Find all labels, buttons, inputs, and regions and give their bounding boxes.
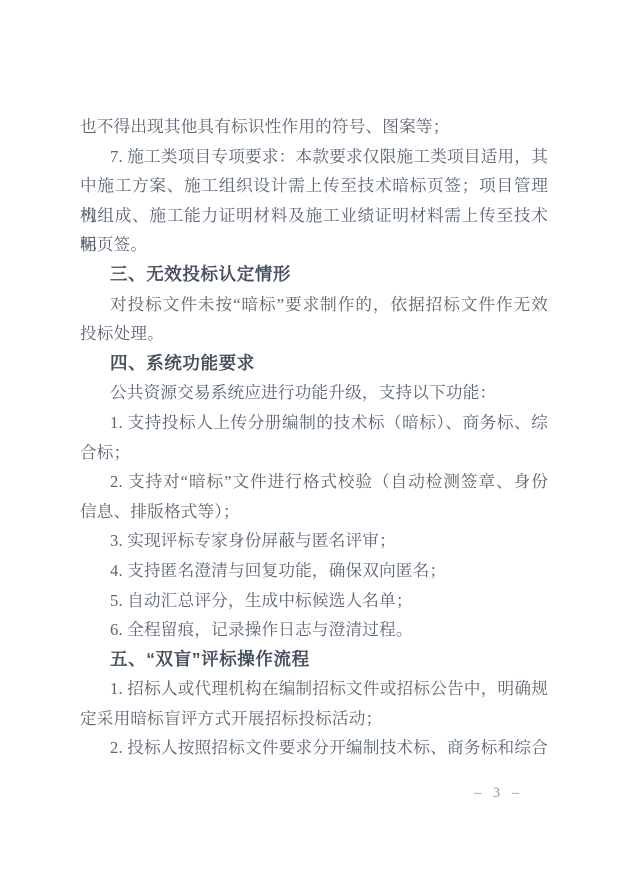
doc-line: 标页签。: [80, 230, 548, 260]
doc-line: 1. 支持投标人上传分册编制的技术标（暗标）、商务标、综: [80, 408, 548, 438]
doc-line: 也不得出现其他具有标识性作用的符号、图案等；: [80, 112, 548, 142]
doc-line: 定采用暗标盲评方式开展招标投标活动；: [80, 704, 548, 734]
doc-line: 对投标文件未按“暗标”要求制作的，依据招标文件作无效: [80, 290, 548, 320]
section-heading: 四、系统功能要求: [80, 349, 548, 379]
doc-line: 2. 投标人按照招标文件要求分开编制技术标、商务标和综合: [80, 733, 548, 763]
doc-line: 5. 自动汇总评分，生成中标候选人名单；: [80, 586, 548, 616]
doc-line: 合标；: [80, 438, 548, 468]
doc-line: 公共资源交易系统应进行功能升级，支持以下功能：: [80, 378, 548, 408]
doc-line: 信息、排版格式等）；: [80, 497, 548, 527]
section-heading: 五、“双盲”评标操作流程: [80, 645, 548, 675]
doc-line: 构组成、施工能力证明材料及施工业绩证明材料需上传至技术明: [80, 201, 548, 231]
doc-line: 2. 支持对“暗标”文件进行格式校验（自动检测签章、身份: [80, 467, 548, 497]
doc-line: 3. 实现评标专家身份屏蔽与匿名评审；: [80, 526, 548, 556]
document-body: 也不得出现其他具有标识性作用的符号、图案等； 7. 施工类项目专项要求：本款要求…: [80, 112, 548, 763]
doc-line: 中施工方案、施工组织设计需上传至技术暗标页签；项目管理机: [80, 171, 548, 201]
section-heading: 三、无效投标认定情形: [80, 260, 548, 290]
doc-line: 7. 施工类项目专项要求：本款要求仅限施工类项目适用，其: [80, 142, 548, 172]
document-page: 也不得出现其他具有标识性作用的符号、图案等； 7. 施工类项目专项要求：本款要求…: [0, 0, 618, 877]
page-number: – 3 –: [474, 784, 523, 802]
doc-line: 6. 全程留痕，记录操作日志与澄清过程。: [80, 615, 548, 645]
doc-line: 1. 招标人或代理机构在编制招标文件或招标公告中，明确规: [80, 674, 548, 704]
doc-line: 投标处理。: [80, 319, 548, 349]
doc-line: 4. 支持匿名澄清与回复功能，确保双向匿名；: [80, 556, 548, 586]
